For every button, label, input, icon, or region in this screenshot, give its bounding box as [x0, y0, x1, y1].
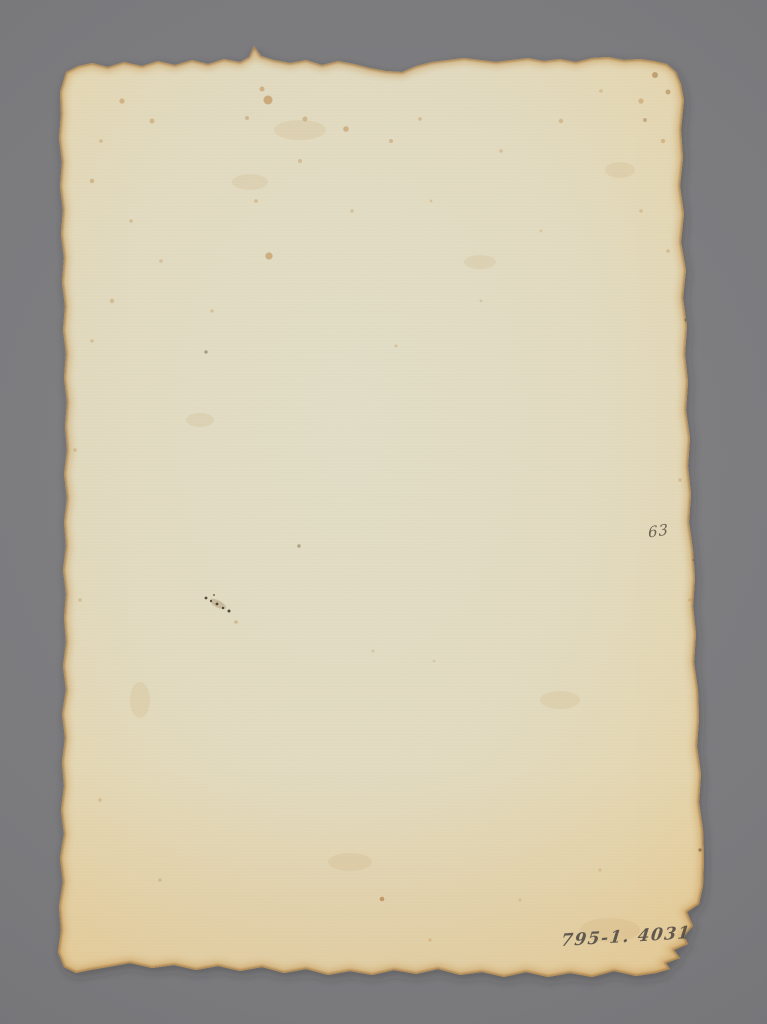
photo-backdrop: 63 795-1. 4031 — [0, 0, 767, 1024]
paper-sheet-photo — [0, 0, 767, 1024]
bottom-toning — [0, 0, 767, 1024]
